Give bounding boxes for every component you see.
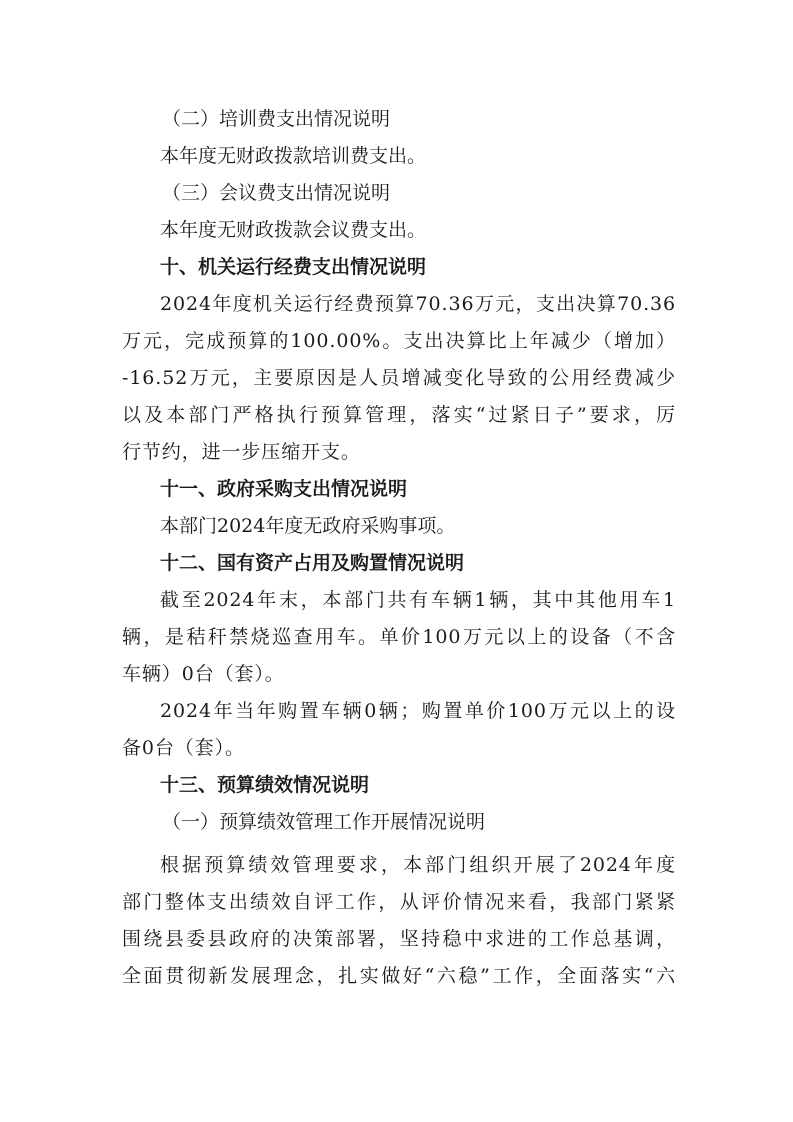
subheading-meeting-fee: （三）会议费支出情况说明 [122,175,676,212]
subheading-training-fee: （二）培训费支出情况说明 [122,101,676,138]
paragraph-operating-expenses: 2024年度机关运行经费预算70.36万元，支出决算70.36 万元，完成预算的… [122,286,676,471]
paragraph-assets: 截至2024年末，本部门共有车辆1辆，其中其他用车1 辆，是秸秆禁烧巡查用车。单… [122,582,676,693]
paragraph-training-fee: 本年度无财政拨款培训费支出。 [122,138,676,175]
document-page: （二）培训费支出情况说明 本年度无财政拨款培训费支出。 （三）会议费支出情况说明… [122,101,676,995]
paragraph-line: 2024年度机关运行经费预算70.36万元，支出决算70.36 [122,286,676,323]
paragraph-performance: 根据预算绩效管理要求，本部门组织开展了2024年度 部门整体支出绩效自评工作，从… [122,847,676,995]
heading-section-12: 十二、国有资产占用及购置情况说明 [122,545,676,582]
paragraph-line: 车辆）0台（套）。 [122,656,676,693]
paragraph-line: 辆，是秸秆禁烧巡查用车。单价100万元以上的设备（不含 [122,619,676,656]
paragraph-line: 全面贯彻新发展理念，扎实做好“六稳”工作，全面落实“六 [122,958,676,995]
paragraph-line: -16.52万元，主要原因是人员增减变化导致的公用经费减少 [122,360,676,397]
paragraph-line: 行节约，进一步压缩开支。 [122,434,676,471]
paragraph-line: 备0台（套）。 [122,730,676,767]
heading-section-13: 十三、预算绩效情况说明 [122,767,676,804]
subheading-performance-management: （一）预算绩效管理工作开展情况说明 [122,804,676,841]
paragraph-procurement: 本部门2024年度无政府采购事项。 [122,508,676,545]
paragraph-meeting-fee: 本年度无财政拨款会议费支出。 [122,212,676,249]
paragraph-line: 截至2024年末，本部门共有车辆1辆，其中其他用车1 [122,582,676,619]
paragraph-line: 根据预算绩效管理要求，本部门组织开展了2024年度 [122,847,676,884]
paragraph-line: 万元，完成预算的100.00%。支出决算比上年减少（增加） [122,323,676,360]
paragraph-line: 部门整体支出绩效自评工作，从评价情况来看，我部门紧紧 [122,884,676,921]
paragraph-line: 2024年当年购置车辆0辆；购置单价100万元以上的设 [122,693,676,730]
paragraph-purchases: 2024年当年购置车辆0辆；购置单价100万元以上的设 备0台（套）。 [122,693,676,767]
paragraph-line: 以及本部门严格执行预算管理，落实“过紧日子”要求，厉 [122,397,676,434]
heading-section-11: 十一、政府采购支出情况说明 [122,471,676,508]
paragraph-line: 围绕县委县政府的决策部署，坚持稳中求进的工作总基调， [122,921,676,958]
heading-section-10: 十、机关运行经费支出情况说明 [122,249,676,286]
